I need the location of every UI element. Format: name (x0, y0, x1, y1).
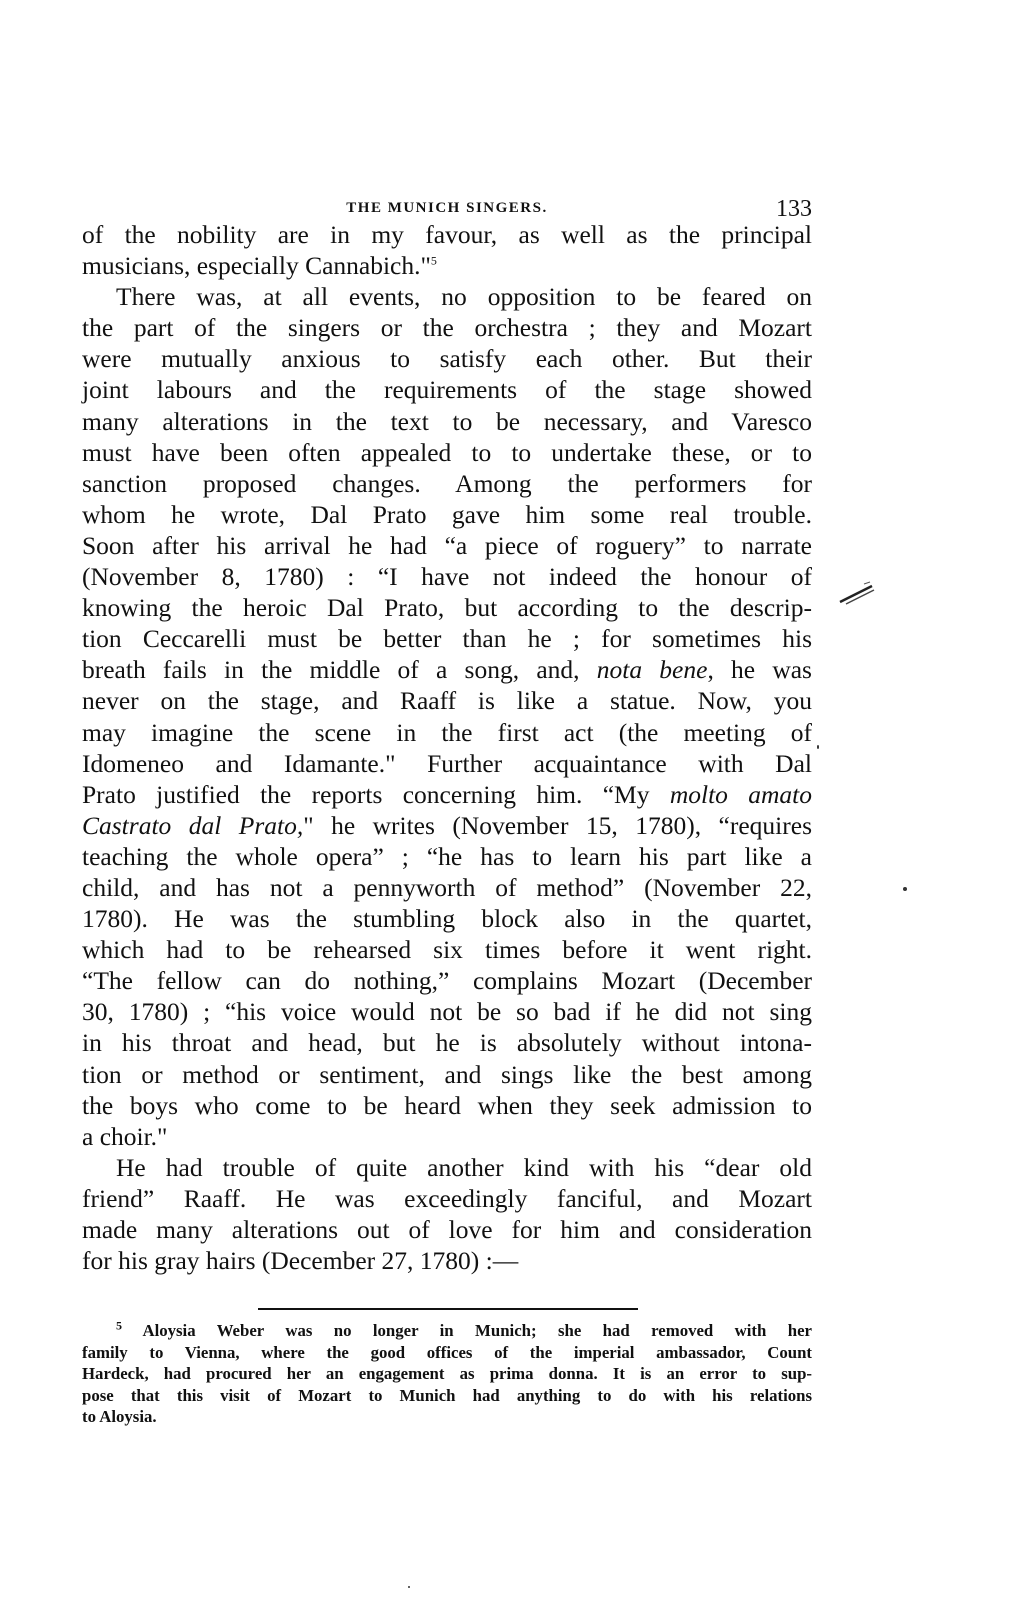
text-line: which had to be rehearsed six times befo… (82, 934, 812, 965)
text-span: musicians, especially Cannabich." (82, 251, 431, 280)
text-line: 1780). He was the stumbling block also i… (82, 903, 812, 934)
text-line: (November 8, 1780) : “I have not indeed … (82, 561, 812, 592)
text-line: “The fellow can do nothing,” complains M… (82, 965, 812, 996)
text-line: child, and has not a pennyworth of metho… (82, 872, 812, 903)
running-head: THE MUNICH SINGERS. (82, 200, 812, 217)
text-line: 30, 1780) ; “his voice would not be so b… (82, 996, 812, 1027)
margin-speck (817, 745, 819, 749)
italic-phrase: nota bene (597, 655, 708, 684)
text-span: Prato justified the reports concerning h… (82, 780, 670, 809)
italic-phrase: Castrato dal Prato, (82, 811, 303, 840)
footnote-line: 5 Aloysia Weber was no longer in Munich;… (82, 1320, 812, 1342)
footnote-line: Hardeck, had procured her an engagement … (82, 1363, 812, 1385)
text-line: for his gray hairs (December 27, 1780) :… (82, 1245, 812, 1276)
text-line: Idomeneo and Idamante." Further acquaint… (82, 748, 812, 779)
text-line: There was, at all events, no opposition … (82, 281, 812, 312)
text-line: a choir." (82, 1121, 812, 1152)
text-line: Castrato dal Prato," he writes (November… (82, 810, 812, 841)
text-line: the boys who come to be heard when they … (82, 1090, 812, 1121)
text-line: He had trouble of quite another kind wit… (82, 1152, 812, 1183)
text-line: in his throat and head, but he is absolu… (82, 1027, 812, 1058)
text-line: Soon after his arrival he had “a piece o… (82, 530, 812, 561)
footnote-line: family to Vienna, where the good offices… (82, 1342, 812, 1364)
text-line: tion or method or sentiment, and sings l… (82, 1059, 812, 1090)
text-line: teaching the whole opera” ; “he has to l… (82, 841, 812, 872)
text-span: breath fails in the middle of a song, an… (82, 655, 597, 684)
text-line: breath fails in the middle of a song, an… (82, 654, 812, 685)
footnote-marker: 5 (116, 1318, 122, 1332)
text-line: whom he wrote, Dal Prato gave him some r… (82, 499, 812, 530)
text-span: " he writes (November 15, 1780), “requir… (303, 811, 812, 840)
footnotes: 5 Aloysia Weber was no longer in Munich;… (82, 1320, 812, 1428)
text-line: joint labours and the requirements of th… (82, 374, 812, 405)
text-line: Prato justified the reports concerning h… (82, 779, 812, 810)
text-line: many alterations in the text to be neces… (82, 406, 812, 437)
text-line: never on the stage, and Raaff is like a … (82, 685, 812, 716)
text-line: may imagine the scene in the first act (… (82, 717, 812, 748)
footnote-line: pose that this visit of Mozart to Munich… (82, 1385, 812, 1407)
text-line: were mutually anxious to satisfy each ot… (82, 343, 812, 374)
text-line: must have been often appealed to to unde… (82, 437, 812, 468)
text-line: friend” Raaff. He was exceedingly fancif… (82, 1183, 812, 1214)
margin-speck (903, 887, 907, 891)
margin-pencil-mark (838, 580, 878, 606)
footnote-line: to Aloysia. (82, 1406, 812, 1428)
pencil-mark-icon (838, 580, 878, 606)
text-span: , he was (707, 655, 812, 684)
text-line: the part of the singers or the orchestra… (82, 312, 812, 343)
text-line: knowing the heroic Dal Prato, but accord… (82, 592, 812, 623)
footnote-rule (258, 1308, 638, 1310)
body-text: of the nobility are in my favour, as wel… (82, 219, 812, 1276)
page-speck (408, 1586, 410, 1588)
text-line: made many alterations out of love for hi… (82, 1214, 812, 1245)
text-line: musicians, especially Cannabich."5 (82, 250, 812, 281)
text-span: Aloysia Weber was no longer in Munich; s… (142, 1321, 812, 1340)
text-line: tion Ceccarelli must be better than he ;… (82, 623, 812, 654)
italic-phrase: molto amato (670, 780, 812, 809)
footnote-ref[interactable]: 5 (431, 254, 437, 268)
text-line: of the nobility are in my favour, as wel… (82, 219, 812, 250)
text-line: sanction proposed changes. Among the per… (82, 468, 812, 499)
